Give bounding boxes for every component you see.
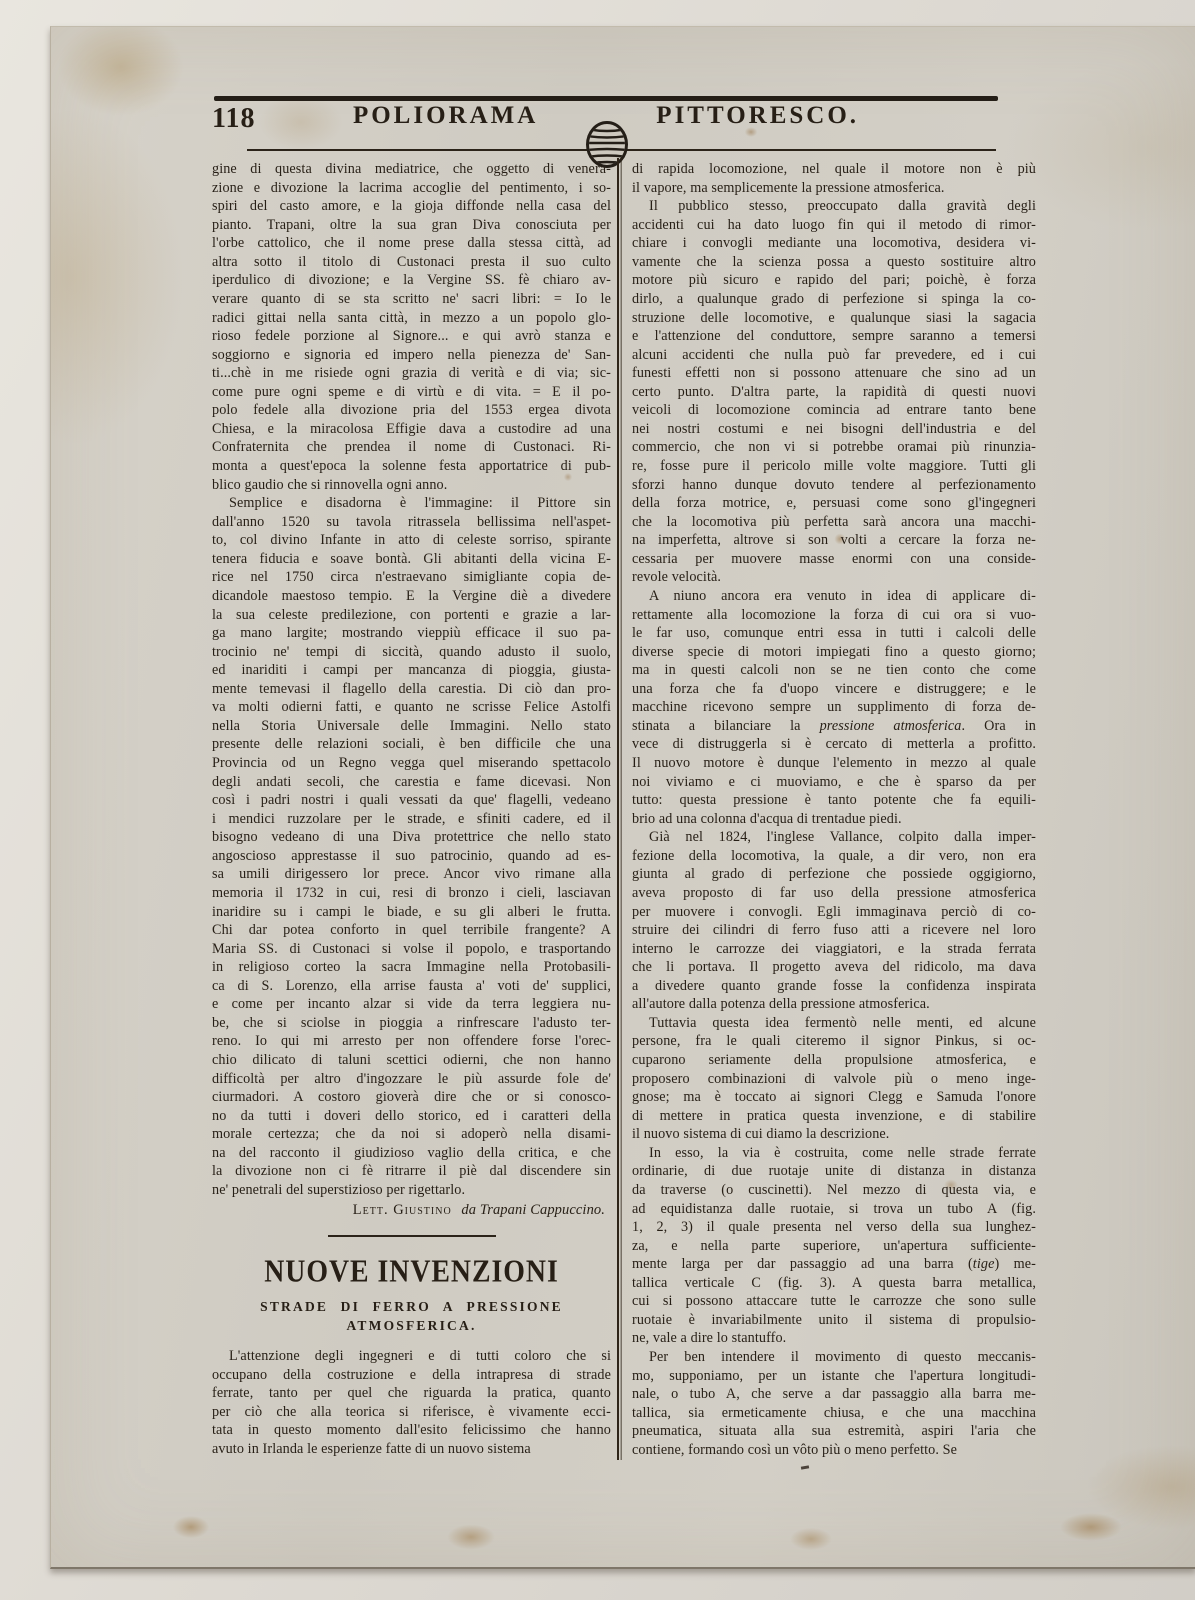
letter-signature: Lett. Giustino da Trapani Cappuccino.: [212, 1201, 611, 1221]
text-line: motore più sicuro e rapido del pari; poi…: [632, 271, 1036, 290]
text-line: trocinio ne' tempi di siccità, quando ad…: [212, 643, 611, 662]
text-line: cessaria per muovere masse enormi con un…: [632, 550, 1036, 569]
text-line: tallica, sia ermeticamente chiusa, e che…: [632, 1404, 1036, 1423]
text-line: In esso, la via è costruita, come nelle …: [632, 1144, 1036, 1163]
text-line: blico gaudio che si rinnovella ogni anno…: [212, 476, 611, 495]
paragraph: Tuttavia questa idea fermentò nelle ment…: [632, 1014, 1036, 1144]
text-line: altra sotto il titolo di Custonaci prest…: [212, 253, 611, 272]
text-line: reno. Io qui mi arresto per non offender…: [212, 1032, 611, 1051]
section-paragraphs: L'attenzione degli ingegneri e di tutti …: [212, 1347, 611, 1458]
text-line: spiri del casto amore, e la gioja diffon…: [212, 197, 611, 216]
text-line: stinata a bilanciare la pressione atmosf…: [632, 717, 1036, 736]
text-line: L'attenzione degli ingegneri e di tutti …: [212, 1347, 611, 1366]
text-line: veicoli di locomozione comincia ad entra…: [632, 401, 1036, 420]
text-line: così i padri nostri i quali vessati da q…: [212, 791, 611, 810]
text-line: iperdulico di divozione; e la Vergine SS…: [212, 271, 611, 290]
text-line: nale, o tubo A, che serve a dar passaggi…: [632, 1385, 1036, 1404]
text-line: inaridire su i campi le biade, e su gli …: [212, 903, 611, 922]
text-line: ma in questi calcoli non se ne tien cont…: [632, 661, 1036, 680]
text-line: rice nel 1750 circa n'estraevano simigli…: [212, 568, 611, 587]
text-line: chiare i convogli mediante una locomotiv…: [632, 234, 1036, 253]
text-line: certo punto. D'altra parte, la rapidità …: [632, 383, 1036, 402]
text-line: mente larga per dar passaggio ad una bar…: [632, 1255, 1036, 1274]
text-line: difficoltà per altro d'ingozzare le più …: [212, 1070, 611, 1089]
paragraph: gine di questa divina mediatrice, che og…: [212, 160, 611, 494]
paragraph: L'attenzione degli ingegneri e di tutti …: [212, 1347, 611, 1458]
text-line: struire dei cilindri di ferro fuso atti …: [632, 921, 1036, 940]
text-line: chio dilicato di taluni scettici odierni…: [212, 1051, 611, 1070]
text-line: ed inariditi i campi per mancanza di pio…: [212, 661, 611, 680]
text-line: proposero combinazioni di valvole più o …: [632, 1070, 1036, 1089]
text-line: tata in questo momento dall'esito felici…: [212, 1421, 611, 1440]
text-line: accidenti cui ha dato luogo fin qui il m…: [632, 216, 1036, 235]
text-line: gine di questa divina mediatrice, che og…: [212, 160, 611, 179]
text-line: ordinarie, di due ruotaje unite di dista…: [632, 1162, 1036, 1181]
text-line: rioso fedele porzione al Signore... e qu…: [212, 327, 611, 346]
text-line: memoria il 1732 in cui, resi di bronzo i…: [212, 884, 611, 903]
text-line: Maria SS. di Custonaci si volse il popol…: [212, 940, 611, 959]
text-line: bisogno vedeano di una Diva protettrice …: [212, 828, 611, 847]
text-line: ga mano largite; mostrando vieppiù effic…: [212, 624, 611, 643]
text-line: sa umili dirigessero lor prece. Ancor vi…: [212, 865, 611, 884]
text-line: la divozione non ci fè ritrarre il piè d…: [212, 1162, 611, 1181]
text-line: verare quanto di se sta scritto ne' sacr…: [212, 290, 611, 309]
text-line: come pure ogni speme e di virtù e di vit…: [212, 383, 611, 402]
text-line: all'autore dalla potenza della pressione…: [632, 995, 1036, 1014]
left-column-paragraphs: gine di questa divina mediatrice, che og…: [212, 160, 611, 1200]
text-line: e come per incanto alzar si vide da terr…: [212, 995, 611, 1014]
text-line: Tuttavia questa idea fermentò nelle ment…: [632, 1014, 1036, 1033]
text-line: soggiorno e signoria ed impero nella pie…: [212, 346, 611, 365]
paragraph: Per ben intendere il movimento di questo…: [632, 1348, 1036, 1459]
text-line: per muovere i convogli. Egli immaginava …: [632, 903, 1036, 922]
section-heading: NUOVE INVENZIONI: [220, 1262, 603, 1282]
text-line: noi viviamo e ci muoviamo, e che è spars…: [632, 773, 1036, 792]
text-line: Chiesa, e la miracolosa Effigie dava a c…: [212, 420, 611, 439]
text-line: Per ben intendere il movimento di questo…: [632, 1348, 1036, 1367]
text-line: 1, 2, 3) il quale presenta nel verso del…: [632, 1218, 1036, 1237]
text-line: ciurmadori. A costoro gioverà dire che o…: [212, 1088, 611, 1107]
text-line: macchine ricevono sempre un supplimento …: [632, 698, 1036, 717]
text-line: mente temevasi il flagello della caresti…: [212, 680, 611, 699]
text-line: re, fosse pure il pericolo mille volte m…: [632, 457, 1036, 476]
text-line: Provincia od un Regno vegga quel miseran…: [212, 754, 611, 773]
text-line: commercio, che non vi si potrebbe oramai…: [632, 438, 1036, 457]
text-line: tenera fiducia e soave bontà. Gli abitan…: [212, 550, 611, 569]
text-line: di rapida locomozione, nel quale il moto…: [632, 160, 1036, 179]
text-line: i mendici ruzzolare per le strade, e sfi…: [212, 810, 611, 829]
right-column-paragraphs: di rapida locomozione, nel quale il moto…: [632, 160, 1036, 1459]
text-line: diverse specie di motori impiegati fino …: [632, 643, 1036, 662]
paragraph: Il pubblico stesso, preoccupato dalla gr…: [632, 197, 1036, 587]
text-line: revole velocità.: [632, 568, 1036, 587]
signature-name: da Trapani Cappuccino.: [461, 1202, 605, 1218]
text-line: polo fedele alla divozione pria del 1553…: [212, 401, 611, 420]
column-divider-rule: [617, 158, 622, 1460]
text-line: mo, supponiamo, per un istante che l'ape…: [632, 1367, 1036, 1386]
text-line: alcuni accidenti che nulla può far preve…: [632, 346, 1036, 365]
text-line: brio ad una colonna d'acqua di trentadue…: [632, 810, 1036, 829]
text-line: degli andati secoli, che carestia e fame…: [212, 773, 611, 792]
text-line: monta a quest'epoca la solenne festa app…: [212, 457, 611, 476]
scanned-page-photo: { "page": { "number": "118", "masthead":…: [0, 0, 1195, 1600]
masthead-title-right: PITTORESCO.: [656, 102, 859, 130]
text-line: di mettere in pratica questa invenzione,…: [632, 1107, 1036, 1126]
text-line: funesti effetti non si possono attenuare…: [632, 364, 1036, 383]
paragraph: A niuno ancora era venuto in idea di app…: [632, 587, 1036, 828]
text-line: to, col divino Infante in atto di celest…: [212, 531, 611, 550]
text-line: nei nostri costumi e nei bisogni dell'in…: [632, 420, 1036, 439]
masthead-title-left: POLIORAMA: [353, 102, 538, 130]
text-line: da traverse (o cuscinetti). Nel mezzo di…: [632, 1181, 1036, 1200]
paragraph: In esso, la via è costruita, come nelle …: [632, 1144, 1036, 1348]
right-column: di rapida locomozione, nel quale il moto…: [632, 160, 1036, 1459]
text-line: no da tutti i doveri dello storico, ed i…: [212, 1107, 611, 1126]
paragraph: di rapida locomozione, nel quale il moto…: [632, 160, 1036, 197]
text-line: dicandole maestoso tempio. E la Vergine …: [212, 587, 611, 606]
text-line: che li portava. Il progetto aveva del ri…: [632, 958, 1036, 977]
text-line: a divedere quanto grande fosse la confid…: [632, 977, 1036, 996]
text-line: tallica verticale C (fig. 3). A questa b…: [632, 1274, 1036, 1293]
text-line: giunta al grado di perfezione che possie…: [632, 865, 1036, 884]
text-line: A niuno ancora era venuto in idea di app…: [632, 587, 1036, 606]
text-line: zione e divozione la lacrima accoglie de…: [212, 179, 611, 198]
text-line: dirlo, a qualunque grado di perfezione s…: [632, 290, 1036, 309]
text-line: avuto in Irlanda le esperienze fatte di …: [212, 1440, 611, 1459]
text-line: radici gittai nella santa città, in mezz…: [212, 309, 611, 328]
text-line: l'orbe cattolico, che il nome prese dall…: [212, 234, 611, 253]
paragraph: Semplice e disadorna è l'immagine: il Pi…: [212, 494, 611, 1199]
masthead-rule-thick: [214, 96, 998, 101]
section-subheading: STRADE DI FERRO A PRESSIONE ATMOSFERICA.: [212, 1298, 611, 1335]
text-line: interno le carrozze dei viaggiatori, e l…: [632, 940, 1036, 959]
text-line: della forza motrice, e, persuasi come so…: [632, 494, 1036, 513]
text-line: occupano della costruzione e della intra…: [212, 1366, 611, 1385]
text-line: vece di distruggerla si è cercato di met…: [632, 735, 1036, 754]
signature-prefix: Lett. Giustino: [353, 1202, 452, 1218]
text-line: ne' penetrali del superstizioso per rige…: [212, 1181, 611, 1200]
text-line: ne, vale a dire lo stantuffo.: [632, 1329, 1036, 1348]
text-line: una forza che fa d'uopo vincere e distru…: [632, 680, 1036, 699]
text-line: aveva proposto di far uso della pression…: [632, 884, 1036, 903]
text-line: morale certezza; che da noi si adoperò n…: [212, 1125, 611, 1144]
text-line: cuparono seriamente della propulsione at…: [632, 1051, 1036, 1070]
text-line: il nuovo sistema di cui diamo la descriz…: [632, 1125, 1036, 1144]
text-line: le far uso, comunque entri essa in tutti…: [632, 624, 1036, 643]
text-line: vamente che la scienza possa a questo so…: [632, 253, 1036, 272]
text-line: pneumatica, situata alla sua estremità, …: [632, 1422, 1036, 1441]
text-line: in religioso corteo la sacra Immagine ne…: [212, 958, 611, 977]
paragraph: Già nel 1824, l'inglese Vallance, colpit…: [632, 828, 1036, 1014]
text-line: Il nuovo motore è dunque l'elemento in m…: [632, 754, 1036, 773]
text-line: Chi dar potea conforto in quel terribile…: [212, 921, 611, 940]
text-line: struzione delle locomotive, e qualunque …: [632, 309, 1036, 328]
text-line: pianto. Trapani, oltre la sua gran Diva …: [212, 216, 611, 235]
text-line: angoscioso apprestasse il suo patrocinio…: [212, 847, 611, 866]
text-line: nella Storia Universale delle Immagini. …: [212, 717, 611, 736]
text-line: be, che si sciolse in pioggia a rinfresc…: [212, 1014, 611, 1033]
text-line: tutto: questa pressione è tanto potente …: [632, 791, 1036, 810]
section-divider-rule: [328, 1235, 496, 1237]
text-line: Già nel 1824, l'inglese Vallance, colpit…: [632, 828, 1036, 847]
text-line: che la locomotiva più perfetta sarà anco…: [632, 513, 1036, 532]
text-line: ti...chè in me risiede ogni grazia di ve…: [212, 364, 611, 383]
text-line: za, e nella parte superiore, un'apertura…: [632, 1237, 1036, 1256]
text-line: ad equidistanza dalle ruotaie, si trova …: [632, 1200, 1036, 1219]
text-line: la sua celeste predilezione, con portent…: [212, 606, 611, 625]
text-line: per ciò che alla teorica si riferisce, è…: [212, 1403, 611, 1422]
text-line: na del racconto il giudizioso vaglio del…: [212, 1144, 611, 1163]
text-line: presente delle relazioni sociali, è ben …: [212, 735, 611, 754]
text-line: fezione della locomotiva, la quale, a di…: [632, 847, 1036, 866]
text-line: ca di S. Lorenzo, ella arrise fausta a' …: [212, 977, 611, 996]
left-column: gine di questa divina mediatrice, che og…: [212, 160, 611, 1459]
text-line: Confraternita che prendea il nome di Cus…: [212, 438, 611, 457]
text-line: dall'anno 1520 su tavola ritrassela bell…: [212, 513, 611, 532]
text-line: ruotaie è invariabilmente unito il siste…: [632, 1311, 1036, 1330]
text-line: sforzi hanno dunque dovuto tendere al pe…: [632, 476, 1036, 495]
text-line: e l'attenzione del conduttore, sempre sa…: [632, 327, 1036, 346]
text-line: contiene, formando così un vôto più o me…: [632, 1441, 1036, 1460]
text-line: persone, fra le quali citeremo il signor…: [632, 1032, 1036, 1051]
text-line: rettamente alla locomozione la forza di …: [632, 606, 1036, 625]
text-line: Semplice e disadorna è l'immagine: il Pi…: [212, 494, 611, 513]
text-line: ferrate, tanto per quel che riguarda la …: [212, 1384, 611, 1403]
text-line: Il pubblico stesso, preoccupato dalla gr…: [632, 197, 1036, 216]
text-line: na imperfetta, altrove si son volti a ce…: [632, 531, 1036, 550]
text-line: il vapore, ma semplicemente la pressione…: [632, 179, 1036, 198]
text-line: cui si possono attaccare tutte le carroz…: [632, 1292, 1036, 1311]
printers-dash-mark: [801, 1465, 809, 1469]
text-line: va molti odierni fatti, e quanto ne scri…: [212, 698, 611, 717]
text-line: gnose; ma è toccato ai signori Clegg e S…: [632, 1088, 1036, 1107]
